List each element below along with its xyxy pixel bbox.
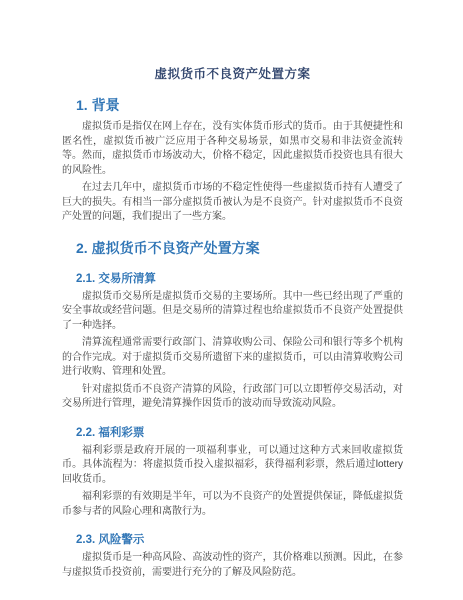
subheading-exchange-liquidation: 2.1. 交易所清算 [76, 270, 403, 286]
heading-disposal-plan: 2. 虚拟货币不良资产处置方案 [76, 238, 403, 258]
subheading-risk-warning: 2.3. 风险警示 [76, 531, 403, 547]
subsection-exchange-liquidation: 2.1. 交易所清算 虚拟货币交易所是虚拟货币交易的主要场所。其中一些已经出现了… [62, 270, 403, 412]
subheading-welfare-lottery: 2.2. 福利彩票 [76, 424, 403, 440]
paragraph: 在过去几年中，虚拟货币市场的不稳定性使得一些虚拟货币持有人遭受了巨大的损失。有相… [62, 181, 403, 225]
paragraph: 福利彩票是政府开展的一项福利事业，可以通过这种方式来回收虚拟货币。具体流程为：将… [62, 444, 403, 488]
section-background: 1. 背景 虚拟货币是指仅在网上存在，没有实体货币形式的货币。由于其便捷性和匿名… [62, 95, 403, 225]
document-page: 虚拟货币不良资产处置方案 1. 背景 虚拟货币是指仅在网上存在，没有实体货币形式… [0, 0, 463, 600]
paragraph: 针对虚拟货币不良资产清算的风险，行政部门可以立即暂停交易活动，对交易所进行管理，… [62, 383, 403, 412]
paragraph: 福利彩票的有效期是半年，可以为不良资产的处置提供保证，降低虚拟货币参与者的风险心… [62, 490, 403, 519]
paragraph: 虚拟货币是一种高风险、高波动性的资产，其价格难以预测。因此，在参与虚拟货币投资前… [62, 551, 403, 580]
paragraph: 虚拟货币交易所是虚拟货币交易的主要场所。其中一些已经出现了严重的安全事故或经营问… [62, 290, 403, 334]
paragraph: 虚拟货币是指仅在网上存在，没有实体货币形式的货币。由于其便捷性和匿名性，虚拟货币… [62, 120, 403, 178]
document-title: 虚拟货币不良资产处置方案 [62, 64, 403, 82]
paragraph: 清算流程通常需要行政部门、清算收购公司、保险公司和银行等多个机构的合作完成。对于… [62, 336, 403, 380]
subsection-risk-warning: 2.3. 风险警示 虚拟货币是一种高风险、高波动性的资产，其价格难以预测。因此，… [62, 531, 403, 580]
subsection-welfare-lottery: 2.2. 福利彩票 福利彩票是政府开展的一项福利事业，可以通过这种方式来回收虚拟… [62, 424, 403, 520]
heading-background: 1. 背景 [76, 95, 403, 115]
section-disposal-plan: 2. 虚拟货币不良资产处置方案 2.1. 交易所清算 虚拟货币交易所是虚拟货币交… [62, 238, 403, 581]
